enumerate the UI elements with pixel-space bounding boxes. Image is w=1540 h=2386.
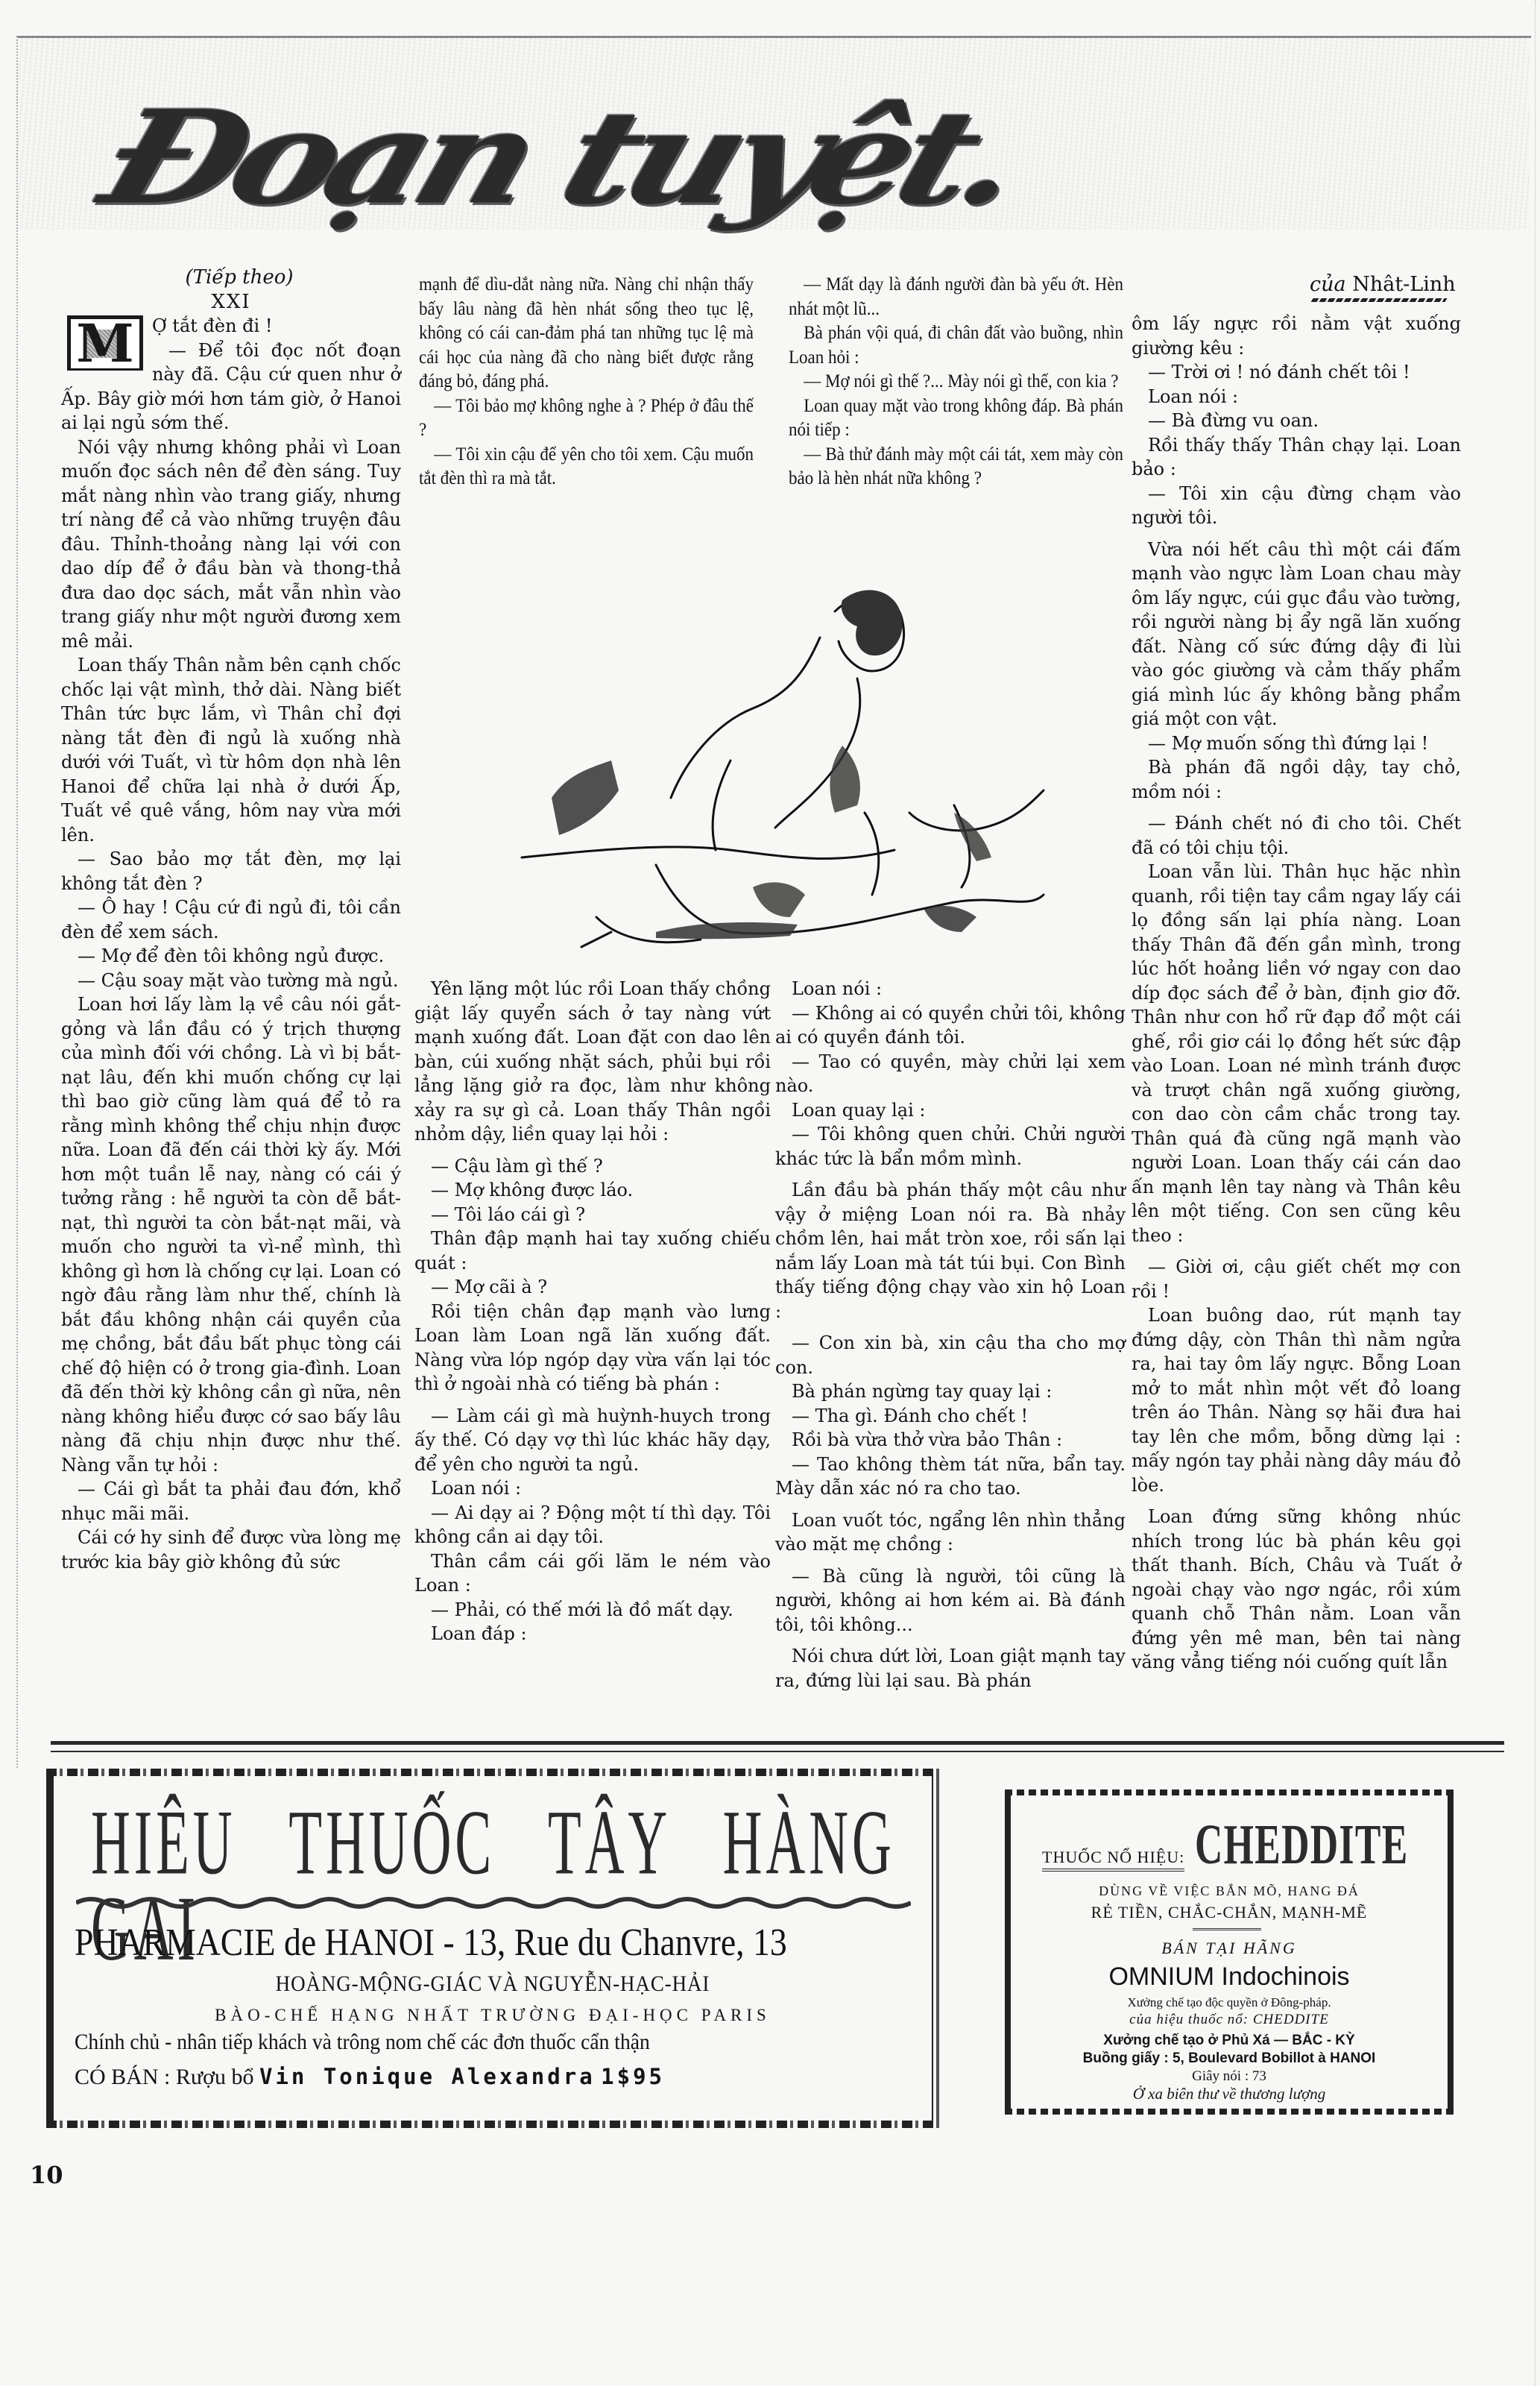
page-number: 10 xyxy=(30,2161,63,2189)
paragraph: Nói vậy nhưng không phải vì Loan muốn đọ… xyxy=(61,435,401,654)
paragraph: Loan buông dao, rút mạnh tay đứng dậy, c… xyxy=(1132,1303,1461,1497)
factory-location: Xưởng chế tạo ở Phủ Xá — BẮC - KỲ xyxy=(1011,2033,1448,2049)
paragraph: Cái cớ hy sinh để được vừa lòng mẹ trước… xyxy=(61,1526,401,1574)
sale-label: CÓ BÁN : xyxy=(75,2065,170,2089)
paragraph: Loan hơi lấy làm lạ về câu nói gắt-gỏng … xyxy=(61,992,401,1477)
dialogue-line: — Không ai có quyền chửi tôi, không ai c… xyxy=(775,1001,1126,1050)
dialogue-line: — Ai dạy ai ? Động một tí thì dạy. Tôi k… xyxy=(414,1501,771,1549)
paragraph: Loan đáp : xyxy=(414,1622,771,1646)
pharmacy-sale-line: CÓ BÁN : Rượu bổ Vin Tonique Alexandra 1… xyxy=(75,2064,917,2090)
cheddite-advertisement: THUỐC NỔ HIỆU:CHEDDITE DÙNG VỀ VIỆC BẮN … xyxy=(1005,1789,1454,2115)
paragraph: Bà phán ngừng tay quay lại : xyxy=(775,1379,1126,1404)
phone-number: Giây nói : 73 xyxy=(1011,2068,1448,2085)
paragraph: Lần đầu bà phán thấy một câu như vậy ở m… xyxy=(775,1178,1126,1323)
dialogue-line: — Tao có quyền, mày chửi lại xem nào. xyxy=(775,1050,1126,1098)
sale-price: 1$95 xyxy=(601,2064,665,2089)
article-column-2-top: mạnh để dìu-dắt nàng nữa. Nàng chỉ nhận … xyxy=(419,273,754,491)
ad-line: BÁN TẠI HÃNG xyxy=(1011,1939,1448,1958)
byline-prefix: của xyxy=(1310,273,1346,296)
paragraph: mạnh để dìu-dắt nàng nữa. Nàng chỉ nhận … xyxy=(419,273,754,394)
dialogue-line: — Tôi láo cái gì ? xyxy=(414,1203,771,1227)
dialogue-line: — Phải, có thế mới là đồ mất dạy. xyxy=(414,1598,771,1622)
paragraph: Thân đập mạnh hai tay xuống chiếu quát : xyxy=(414,1227,771,1275)
brand-label: THUỐC NỔ HIỆU: xyxy=(1042,1848,1184,1872)
paragraph: Vừa nói hết câu thì một cái đấm mạnh vào… xyxy=(1132,538,1461,731)
article-column-3-top: — Mất dạy là đánh người đàn bà yếu ớt. H… xyxy=(789,273,1123,491)
ad-line: DÙNG VỀ VIỆC BẮN MÕ, HANG ĐÁ xyxy=(1011,1883,1448,1899)
dialogue-line: — Con xin bà, xin cậu tha cho mợ con. xyxy=(775,1331,1126,1379)
paragraph: Loan thấy Thân nằm bên cạnh chốc chốc lạ… xyxy=(61,653,401,847)
paragraph: Loan nói : xyxy=(414,1476,771,1501)
dialogue-line: — Bà thử đánh mày một cái tát, xem mày c… xyxy=(789,443,1123,491)
byline: của Nhât-Linh xyxy=(1310,273,1456,296)
paragraph: Loan quay lại : xyxy=(775,1098,1126,1123)
pharmacy-service: Chính chủ - nhân tiếp khách và trông nom… xyxy=(75,2030,918,2055)
dialogue-line: — Cậu làm gì thế ? xyxy=(414,1154,771,1179)
section-divider xyxy=(51,1741,1504,1752)
sale-item: Rượu bổ xyxy=(176,2065,254,2089)
paragraph: ôm lấy ngực rồi nằm vật xuống giường kêu… xyxy=(1132,312,1461,360)
chapter-number: XXI xyxy=(61,290,401,315)
paragraph: Loan nói : xyxy=(775,977,1126,1001)
ad-line: Xưởng chế tạo độc quyền ở Đông-pháp. xyxy=(1011,1995,1448,2010)
byline-author: Nhât-Linh xyxy=(1352,273,1455,296)
pharmacy-credentials: BÀO-CHẾ HẠNG NHẤT TRƯỜNG ĐẠI-HỌC PARIS xyxy=(54,2006,932,2025)
pharmacy-owners: HOÀNG-MỘNG-GIÁC VÀ NGUYỄN-HẠC-HẢI xyxy=(98,1971,888,1997)
dialogue-line: — Đánh chết nó đi cho tôi. Chết đã có tô… xyxy=(1132,811,1461,860)
dialogue-line: — Tôi xin cậu để yên cho tôi xem. Cậu mu… xyxy=(419,443,754,491)
dialogue-line: — Làm cái gì mà huỳnh-huych trong ấy thế… xyxy=(414,1404,771,1477)
dialogue-line: — Cái gì bắt ta phải đau đớn, khổ nhục m… xyxy=(61,1477,401,1526)
ad-footer: Ở xa biên thư về thương lượng xyxy=(1011,2085,1448,2103)
paragraph: Thân cầm cái gối lăm le ném vào Loan : xyxy=(414,1549,771,1598)
dialogue-line: — Mợ không được láo. xyxy=(414,1178,771,1203)
dialogue-line: — Tha gì. Đánh cho chết ! xyxy=(775,1404,1126,1429)
dialogue-line: — Tôi không quen chửi. Chửi người khác t… xyxy=(775,1122,1126,1171)
office-address: Buồng giấy : 5, Boulevard Bobillot à HAN… xyxy=(1011,2050,1448,2067)
dialogue-line: — Bà cũng là người, tôi cũng là người, k… xyxy=(775,1564,1126,1637)
dialogue-line: — Tôi bảo mợ không nghe à ? Phép ở đâu t… xyxy=(419,394,754,443)
paragraph: Loan đứng sững không nhúc nhích trong lú… xyxy=(1132,1505,1461,1675)
paragraph: Loan nói : xyxy=(1132,385,1461,409)
pharmacy-advertisement: HIÊU THUỐC TÂY HÀNG GAI PHARMACIE de HAN… xyxy=(46,1769,939,2128)
dialogue-line: — Mợ để đèn tôi không ngủ được. xyxy=(61,944,401,969)
article-column-4: ôm lấy ngực rồi nằm vật xuống giường kêu… xyxy=(1132,312,1461,1675)
story-illustration xyxy=(507,567,1073,962)
ad-line: của hiệu thuốc nổ: CHEDDITE xyxy=(1011,2012,1448,2028)
byline-underline xyxy=(1311,298,1448,302)
dialogue-line: — Tao không thèm tát nữa, bẩn tay. Mày d… xyxy=(775,1452,1126,1501)
dialogue-line: — Sao bảo mợ tắt đèn, mợ lại không tắt đ… xyxy=(61,847,401,895)
paragraph: Loan vẫn lùi. Thân hục hặc nhìn quanh, r… xyxy=(1132,860,1461,1247)
paragraph: Bà phán đã ngồi dậy, tay chỏ, mồm nói : xyxy=(1132,755,1461,804)
paragraph: Rồi tiện chân đạp mạnh vào lưng Loan làm… xyxy=(414,1300,771,1397)
paragraph: Loan quay mặt vào trong không đáp. Bà ph… xyxy=(789,394,1123,443)
paragraph: Nói chưa dứt lời, Loan giật mạnh tay ra,… xyxy=(775,1644,1126,1693)
dialogue-line: — Mợ muốn sống thì đứng lại ! xyxy=(1132,731,1461,756)
dialogue-line: — Trời ơi ! nó đánh chết tôi ! xyxy=(1132,360,1461,385)
paragraph: Yên lặng một lúc rồi Loan thấy chồng giậ… xyxy=(414,977,771,1147)
ad-line: RẺ TIỀN, CHẮC-CHẮN, MẠNH-MẼ xyxy=(1011,1903,1448,1922)
article-column-1: (Tiếp theo) XXI M Ợ tắt đèn đi ! — Để tô… xyxy=(61,265,401,1574)
wave-ornament xyxy=(76,1895,911,1910)
dialogue-line: — Mợ nói gì thế ?... Mày nói gì thế, con… xyxy=(789,370,1123,394)
dialogue-line: — Giời ơi, cậu giết chết mợ con rồi ! xyxy=(1132,1255,1461,1303)
article-column-2-bottom: Yên lặng một lúc rồi Loan thấy chồng giậ… xyxy=(414,977,771,1646)
pharmacy-address: PHARMACIE de HANOI - 13, Rue du Chanvre,… xyxy=(75,1922,914,1964)
dropcap-letter: M xyxy=(67,315,143,371)
sale-wine: Vin Tonique Alexandra xyxy=(259,2064,596,2089)
paragraph: Loan vuốt tóc, ngẩng lên nhìn thẳng vào … xyxy=(775,1508,1126,1557)
dialogue-line: — Tôi xin cậu đừng chạm vào người tôi. xyxy=(1132,482,1461,530)
brand-name: CHEDDITE xyxy=(1195,1818,1409,1872)
dialogue-line: — Cậu soay mặt vào tường mà ngủ. xyxy=(61,969,401,993)
brand-row: THUỐC NỔ HIỆU:CHEDDITE xyxy=(1042,1818,1430,1872)
dialogue-line: — Ô hay ! Cậu cứ đi ngủ đi, tôi cần đèn … xyxy=(61,895,401,944)
dialogue-line: — Mất dạy là đánh người đàn bà yếu ớt. H… xyxy=(789,273,1123,321)
paragraph: Rồi thấy thấy Thân chạy lại. Loan bảo : xyxy=(1132,433,1461,482)
masthead-title: Đoạn tuyệt. xyxy=(86,82,1401,229)
ad-separator xyxy=(1193,1928,1261,1933)
dialogue-line: — Bà đừng vu oan. xyxy=(1132,409,1461,433)
continued-label: (Tiếp theo) xyxy=(61,265,401,290)
paragraph: Rồi bà vừa thở vừa bảo Thân : xyxy=(775,1428,1126,1452)
paragraph: Bà phán vội quá, đi chân đất vào buồng, … xyxy=(789,321,1123,370)
company-name: OMNIUM Indochinois xyxy=(1011,1962,1448,1992)
page-edge xyxy=(1533,0,1536,2386)
article-column-3-bottom: Loan nói : — Không ai có quyền chửi tôi,… xyxy=(775,977,1126,1693)
dialogue-line: — Mợ cãi à ? xyxy=(414,1275,771,1300)
